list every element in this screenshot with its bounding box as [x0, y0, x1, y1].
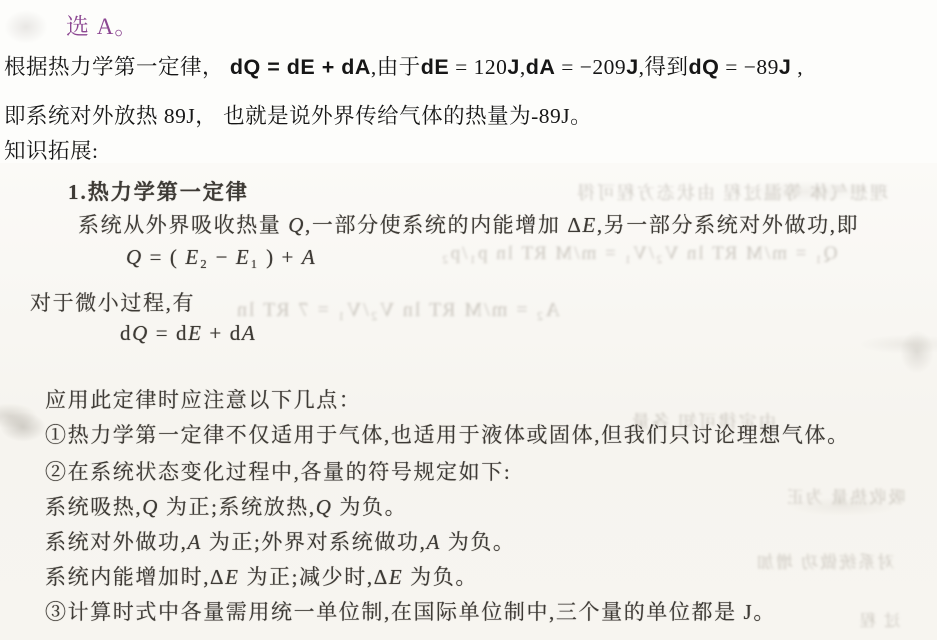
text-segment: A [302, 245, 316, 269]
text-segment: ₂ [200, 245, 209, 269]
section-heading-first-law: 1.热力学第一定律 [68, 176, 249, 206]
text-segment: dQ = dE + dA [230, 55, 371, 79]
bleed-through-artifact: Q₁ = m/M RT ln V₂/V₁ = m/M RT ln p₁/p₂ [440, 243, 837, 265]
note-point-3: ③计算时式中各量需用统一单位制,在国际单位制中,三个量的单位都是 J。 [45, 596, 776, 626]
text-segment: − [209, 245, 236, 269]
text-segment: E [188, 321, 202, 345]
text-segment: ,一部分使系统的内能增加 Δ [305, 213, 582, 237]
text-segment: E [582, 213, 596, 237]
text-segment: 为负。 [441, 530, 516, 554]
first-law-intro-text: 系统从外界吸收热量 Q,一部分使系统的内能增加 ΔE,另一部分系统对外做功,即 [78, 209, 859, 239]
sign-rule-heat: 系统吸热,Q 为正;系统放热,Q 为负。 [45, 491, 407, 521]
text-segment: A [426, 530, 440, 554]
solution-line-2: 即系统对外放热 89J， 也就是说外界传给气体的热量为-89J。 [4, 99, 592, 130]
text-segment: Q [288, 213, 305, 237]
text-segment: dE [421, 55, 449, 79]
text-segment: E [225, 565, 239, 589]
sign-rule-work: 系统对外做功,A 为正;外界对系统做功,A 为负。 [45, 526, 516, 556]
attention-label: 应用此定律时应注意以下几点： [45, 384, 361, 414]
text-segment: A [187, 530, 201, 554]
formula-q-equals-e2-minus-e1-plus-a: Q = ( E₂ − E₁ ) + A [126, 245, 316, 270]
text-segment: 为负。 [333, 495, 408, 519]
sign-rule-internal-energy: 系统内能增加时,ΔE 为正;减少时,ΔE 为负。 [45, 561, 478, 591]
text-segment: J [626, 55, 638, 79]
bleed-through-artifact: 过 程 [858, 608, 900, 631]
note-point-1: ①热力学第一定律不仅适用于气体,也适用于液体或固体,但我们只讨论理想气体。 [45, 419, 850, 449]
text-segment: dA [526, 55, 556, 79]
solution-line-1: 根据热力学第一定律， dQ = dE + dA,由于dE = 120J,dA =… [4, 50, 803, 81]
text-segment: ,得到 [639, 55, 689, 79]
text-segment: d [120, 321, 132, 345]
text-segment: 系统从外界吸收热量 [78, 213, 288, 237]
text-segment: Q [316, 495, 333, 519]
text-segment: Q [142, 495, 159, 519]
text-segment: = 120 [449, 55, 507, 79]
text-segment: = −209 [555, 55, 626, 79]
text-segment: 系统对外做功, [45, 530, 187, 554]
text-segment: + d [203, 321, 242, 345]
text-segment: J [507, 55, 519, 79]
text-segment: Q [126, 245, 143, 269]
text-segment: 系统吸热, [45, 495, 142, 519]
text-segment: 根据热力学第一定律， [4, 55, 230, 79]
text-segment: 系统内能增加时,Δ [45, 565, 225, 589]
text-segment: ,由于 [371, 55, 421, 79]
text-segment: 为负。 [403, 565, 478, 589]
text-segment: ,另一部分系统对外做功,即 [597, 213, 859, 237]
text-segment: dQ [689, 55, 720, 79]
note-point-2: ②在系统状态变化过程中,各量的符号规定如下: [45, 456, 511, 486]
bleed-through-artifact: 理想气体 等温过程 由状态方程可得 [575, 179, 888, 205]
text-segment: E [389, 565, 403, 589]
text-segment: E [185, 245, 199, 269]
knowledge-expansion-label: 知识拓展: [4, 134, 98, 165]
textbook-solution-page: 选 A。 根据热力学第一定律， dQ = dE + dA,由于dE = 120J… [0, 0, 937, 640]
micro-process-label: 对于微小过程,有 [30, 287, 195, 317]
answer-text: 选 A。 [66, 8, 138, 41]
text-segment: E [236, 245, 250, 269]
scanned-textbook-section: 理想气体 等温过程 由状态方程可得 Q₁ = m/M RT ln V₂/V₁ =… [0, 163, 937, 640]
bleed-through-artifact: 吸收热量 为正 [785, 483, 905, 508]
text-segment: J [779, 55, 791, 79]
bleed-through-artifact: A₂ = m/M RT ln V₂/V₁ = 7 RT ln [235, 299, 560, 322]
text-segment: 为正;减少时,Δ [240, 565, 389, 589]
text-segment: ₁ [250, 245, 259, 269]
formula-dq-equals-de-plus-da: dQ = dE + dA [120, 321, 256, 346]
bleed-through-artifact: 对系统做功 增加 [755, 548, 894, 573]
text-segment: A [242, 321, 256, 345]
text-segment: Q [132, 321, 149, 345]
scan-smudge [4, 10, 48, 44]
text-segment: = ( [143, 245, 186, 269]
text-segment: 为正;系统放热, [159, 495, 316, 519]
text-segment: = −89 [719, 55, 779, 79]
text-segment: , [791, 55, 803, 79]
text-segment: 为正;外界对系统做功, [202, 530, 427, 554]
text-segment: = d [149, 321, 188, 345]
text-segment: ) + [259, 245, 302, 269]
